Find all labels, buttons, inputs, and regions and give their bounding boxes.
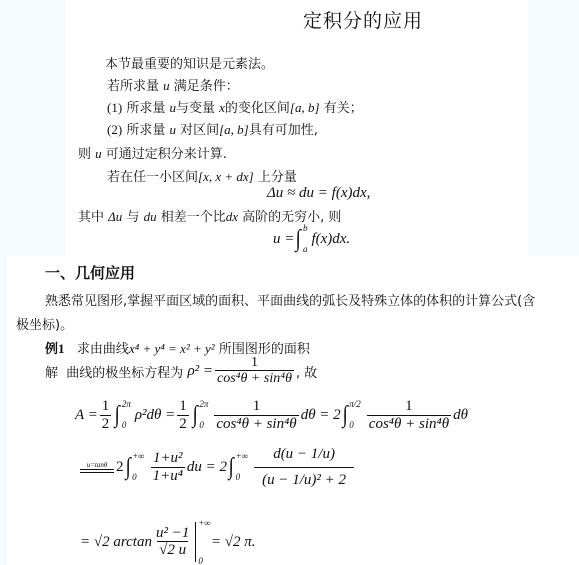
equation-area-result: = √2 arctan u² −1√2 u +∞0 = √2 π. [80, 518, 255, 565]
intro-line-1: 本节最重要的知识是元素法。 [105, 53, 274, 72]
equation-differential: Δu ≈ du = f(x)dx, [267, 185, 370, 202]
condition-2: (2) 所求量 u 对区间[a, b]具有可加性, [107, 119, 318, 138]
intro-line-2: 若所求量 u 满足条件： [107, 75, 239, 94]
integral-sign: ∫ [296, 227, 301, 251]
equation-area-step1: A = 12 ∫ 2π0 ρ²dθ = 12 ∫ 2π0 1cos⁴θ + si… [75, 398, 468, 433]
equation-integral-u: u = ∫ ba f(x)dx. [273, 224, 350, 254]
condition-1: (1) 所求量 u与变量 x的变化区间[a, b] 有关； [107, 97, 363, 116]
section-para-line-1: 熟悉常见图形,掌握平面区域的面积、平面曲线的弧长及特殊立体的体积的计算公式(含 [45, 290, 535, 309]
page-title: 定积分的应用 [303, 6, 423, 33]
evaluation-bar: +∞0 [193, 518, 211, 565]
intro-line-8: 其中 Δu 与 du 相差一个比dx 高阶的无穷小, 则 [78, 206, 341, 225]
solution-line: 解 曲线的极坐标方程为 ρ² = 1 cos⁴θ + sin⁴θ , 故 [45, 355, 317, 387]
section-heading: 一、几何应用 [45, 262, 135, 283]
intro-line-5: 则 u 可通过定积分来计算. [78, 143, 227, 162]
intro-line-6: 若在任一小区间[x, x + dx] 上分量 [107, 166, 297, 185]
equation-area-step2: u=tanθ 2 ∫ +∞0 1+u²1+u⁴ du = 2 ∫ +∞0 d(u… [80, 442, 356, 493]
section-para-line-2: 极坐标)。 [16, 314, 73, 333]
substitution-equals: u=tanθ [80, 462, 114, 473]
